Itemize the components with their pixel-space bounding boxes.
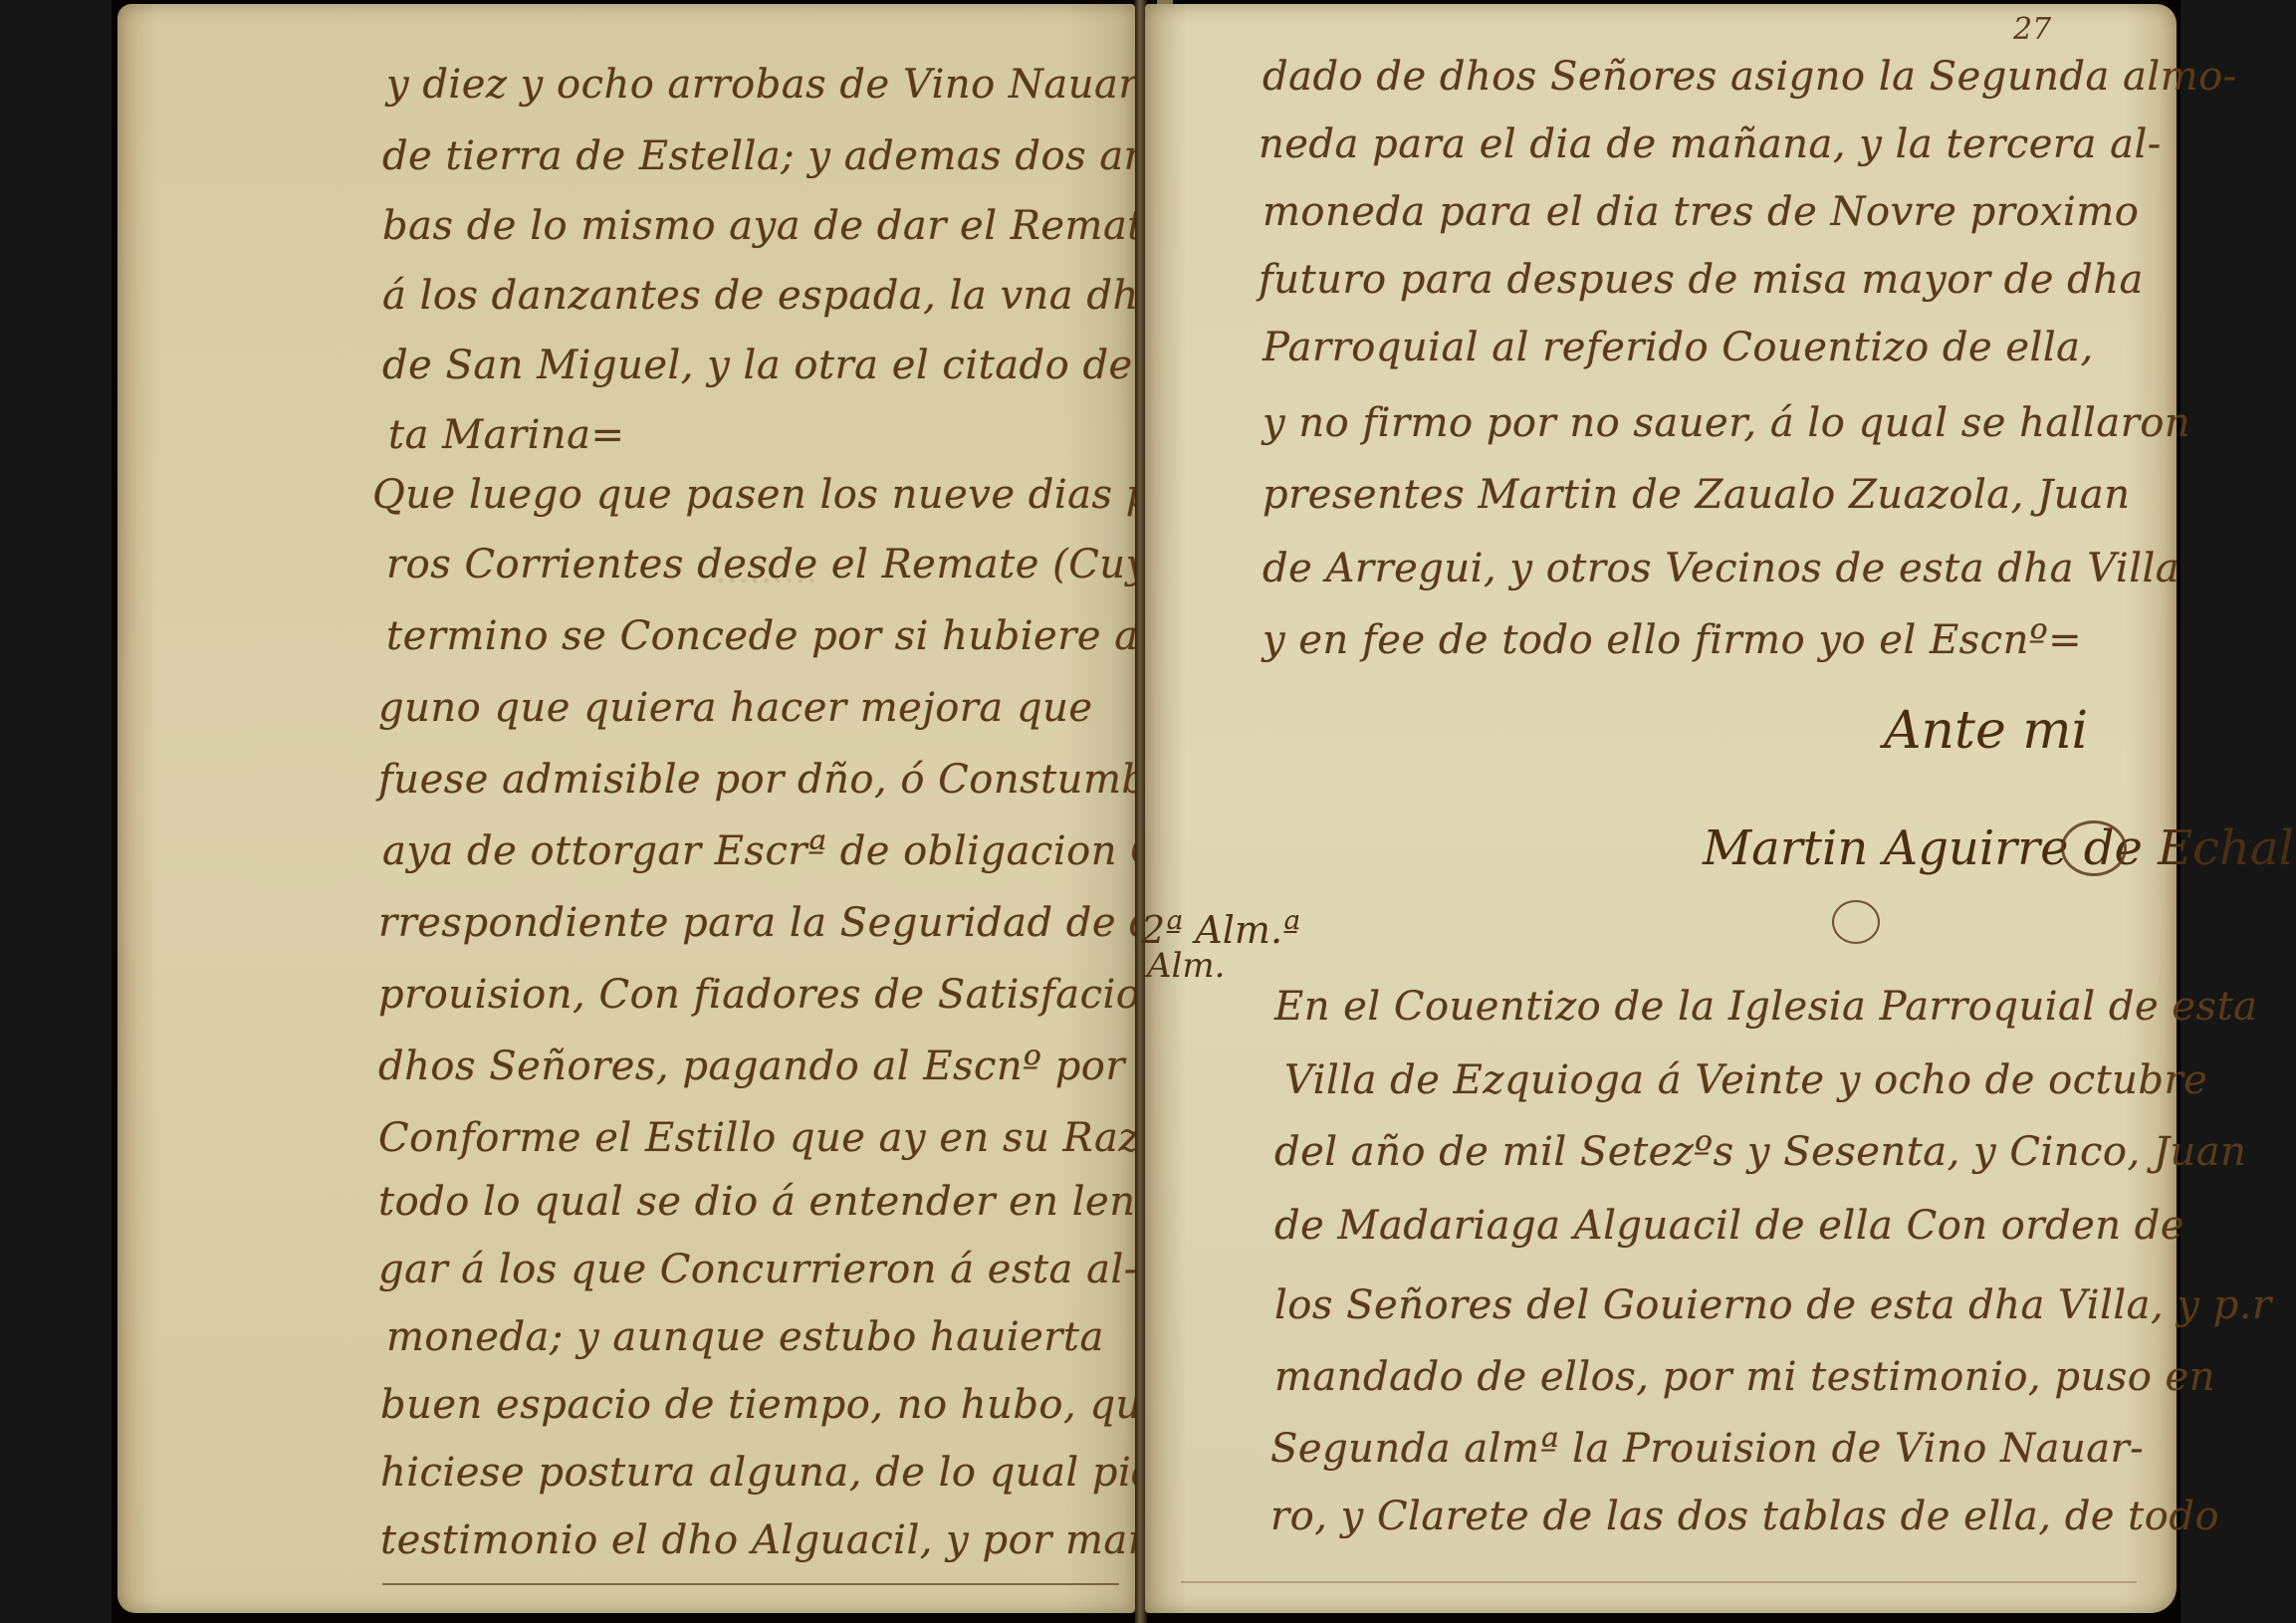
text-line: futuro para despues de misa mayor de dha [1259,257,2144,303]
text-line: presentes Martin de Zaualo Zuazola, Juan [1263,472,2130,518]
text-line: ta Marina= [388,412,624,458]
folio-number: 27 [2013,12,2051,47]
text-line: de Arregui, y otros Vecinos de esta dha … [1263,546,2180,591]
text-line: Villa de Ezquioga á Veinte y ocho de oct… [1284,1057,2207,1103]
rubric-flourish-icon [2061,820,2127,876]
text-line: aya de ottorgar Escrª de obligacion Co- [382,828,1200,874]
closing-rule [1181,1581,2137,1583]
text-line: moneda; y aunque estubo hauierta [386,1314,1104,1360]
text-line: neda para el dia de mañana, y la tercera… [1259,121,2162,167]
text-line: ros Corrientes desde el Remate (Cuyo [386,542,1173,587]
text-line: del año de mil Setezºs y Sesenta, y Cinc… [1274,1129,2246,1175]
right-page: 27 dado de dhos Señores asigno la Segund… [1145,4,2177,1613]
text-line: de San Miguel, y la otra el citado de Sa… [382,343,1238,388]
text-line: Parroquial al referido Couentizo de ella… [1263,325,2094,370]
text-line: prouision, Con fiadores de Satisfacion d… [378,972,1230,1018]
text-line: termino se Concede por si hubiere al- [386,613,1166,659]
left-page: ········· y diez y ocho arrobas de Vino … [117,4,1135,1613]
text-line: moneda para el dia tres de Novre proximo [1263,189,2139,235]
text-line: fuese admisible por dño, ó Constumbre) [378,757,1207,803]
text-line: Conforme el Estillo que ay en su Razon= [378,1115,1225,1161]
text-line: guno que quiera hacer mejora que [378,685,1093,731]
text-line: y no firmo por no sauer, á lo qual se ha… [1263,400,2190,446]
text-line: testimonio el dho Alguacil, y por man- [380,1517,1168,1563]
margin-note-sub: Alm. [1147,946,1225,986]
text-line: hiciese postura alguna, de lo qual pidio [380,1450,1195,1496]
text-line: á los danzantes de espada, la vna dho di… [382,273,1240,319]
text-line: gar á los que Concurrieron á esta al- [378,1247,1138,1292]
text-line: Segunda almª la Prouision de Vino Nauar- [1270,1426,2144,1472]
text-line: buen espacio de tiempo, no hubo, quien [380,1382,1206,1428]
text-line: rrespondiente para la Seguridad de dha [378,900,1206,946]
text-line: mandado de ellos, por mi testimonio, pus… [1274,1354,2215,1400]
notary-signature: Martin Aguirre de Echalecu [1703,820,2296,876]
text-line: bas de lo mismo aya de dar el Rematante [382,203,1235,249]
document-viewer: ········· y diez y ocho arrobas de Vino … [0,0,2296,1623]
closing-rule [382,1583,1119,1585]
text-line: de Madariaga Alguacil de ella Con orden … [1274,1203,2184,1249]
text-line: ro, y Clarete de las dos tablas de ella,… [1270,1494,2219,1539]
rubric-loop-icon [1832,900,1880,944]
manuscript-spread: ········· y diez y ocho arrobas de Vino … [112,0,2181,1623]
text-line: y en fee de todo ello firmo yo el Escnº= [1263,617,2082,663]
text-line: de tierra de Estella; y ademas dos arro- [382,133,1202,179]
text-line: y diez y ocho arrobas de Vino Nauarro [386,62,1182,108]
text-line: En el Couentizo de la Iglesia Parroquial… [1274,984,2258,1030]
text-line: dado de dhos Señores asigno la Segunda a… [1263,54,2237,100]
text-line: Que luego que pasen los nueve dias prime… [372,472,1261,518]
ante-mi-signature: Ante mi [1884,701,2088,761]
text-line: los Señores del Gouierno de esta dha Vil… [1274,1282,2272,1328]
